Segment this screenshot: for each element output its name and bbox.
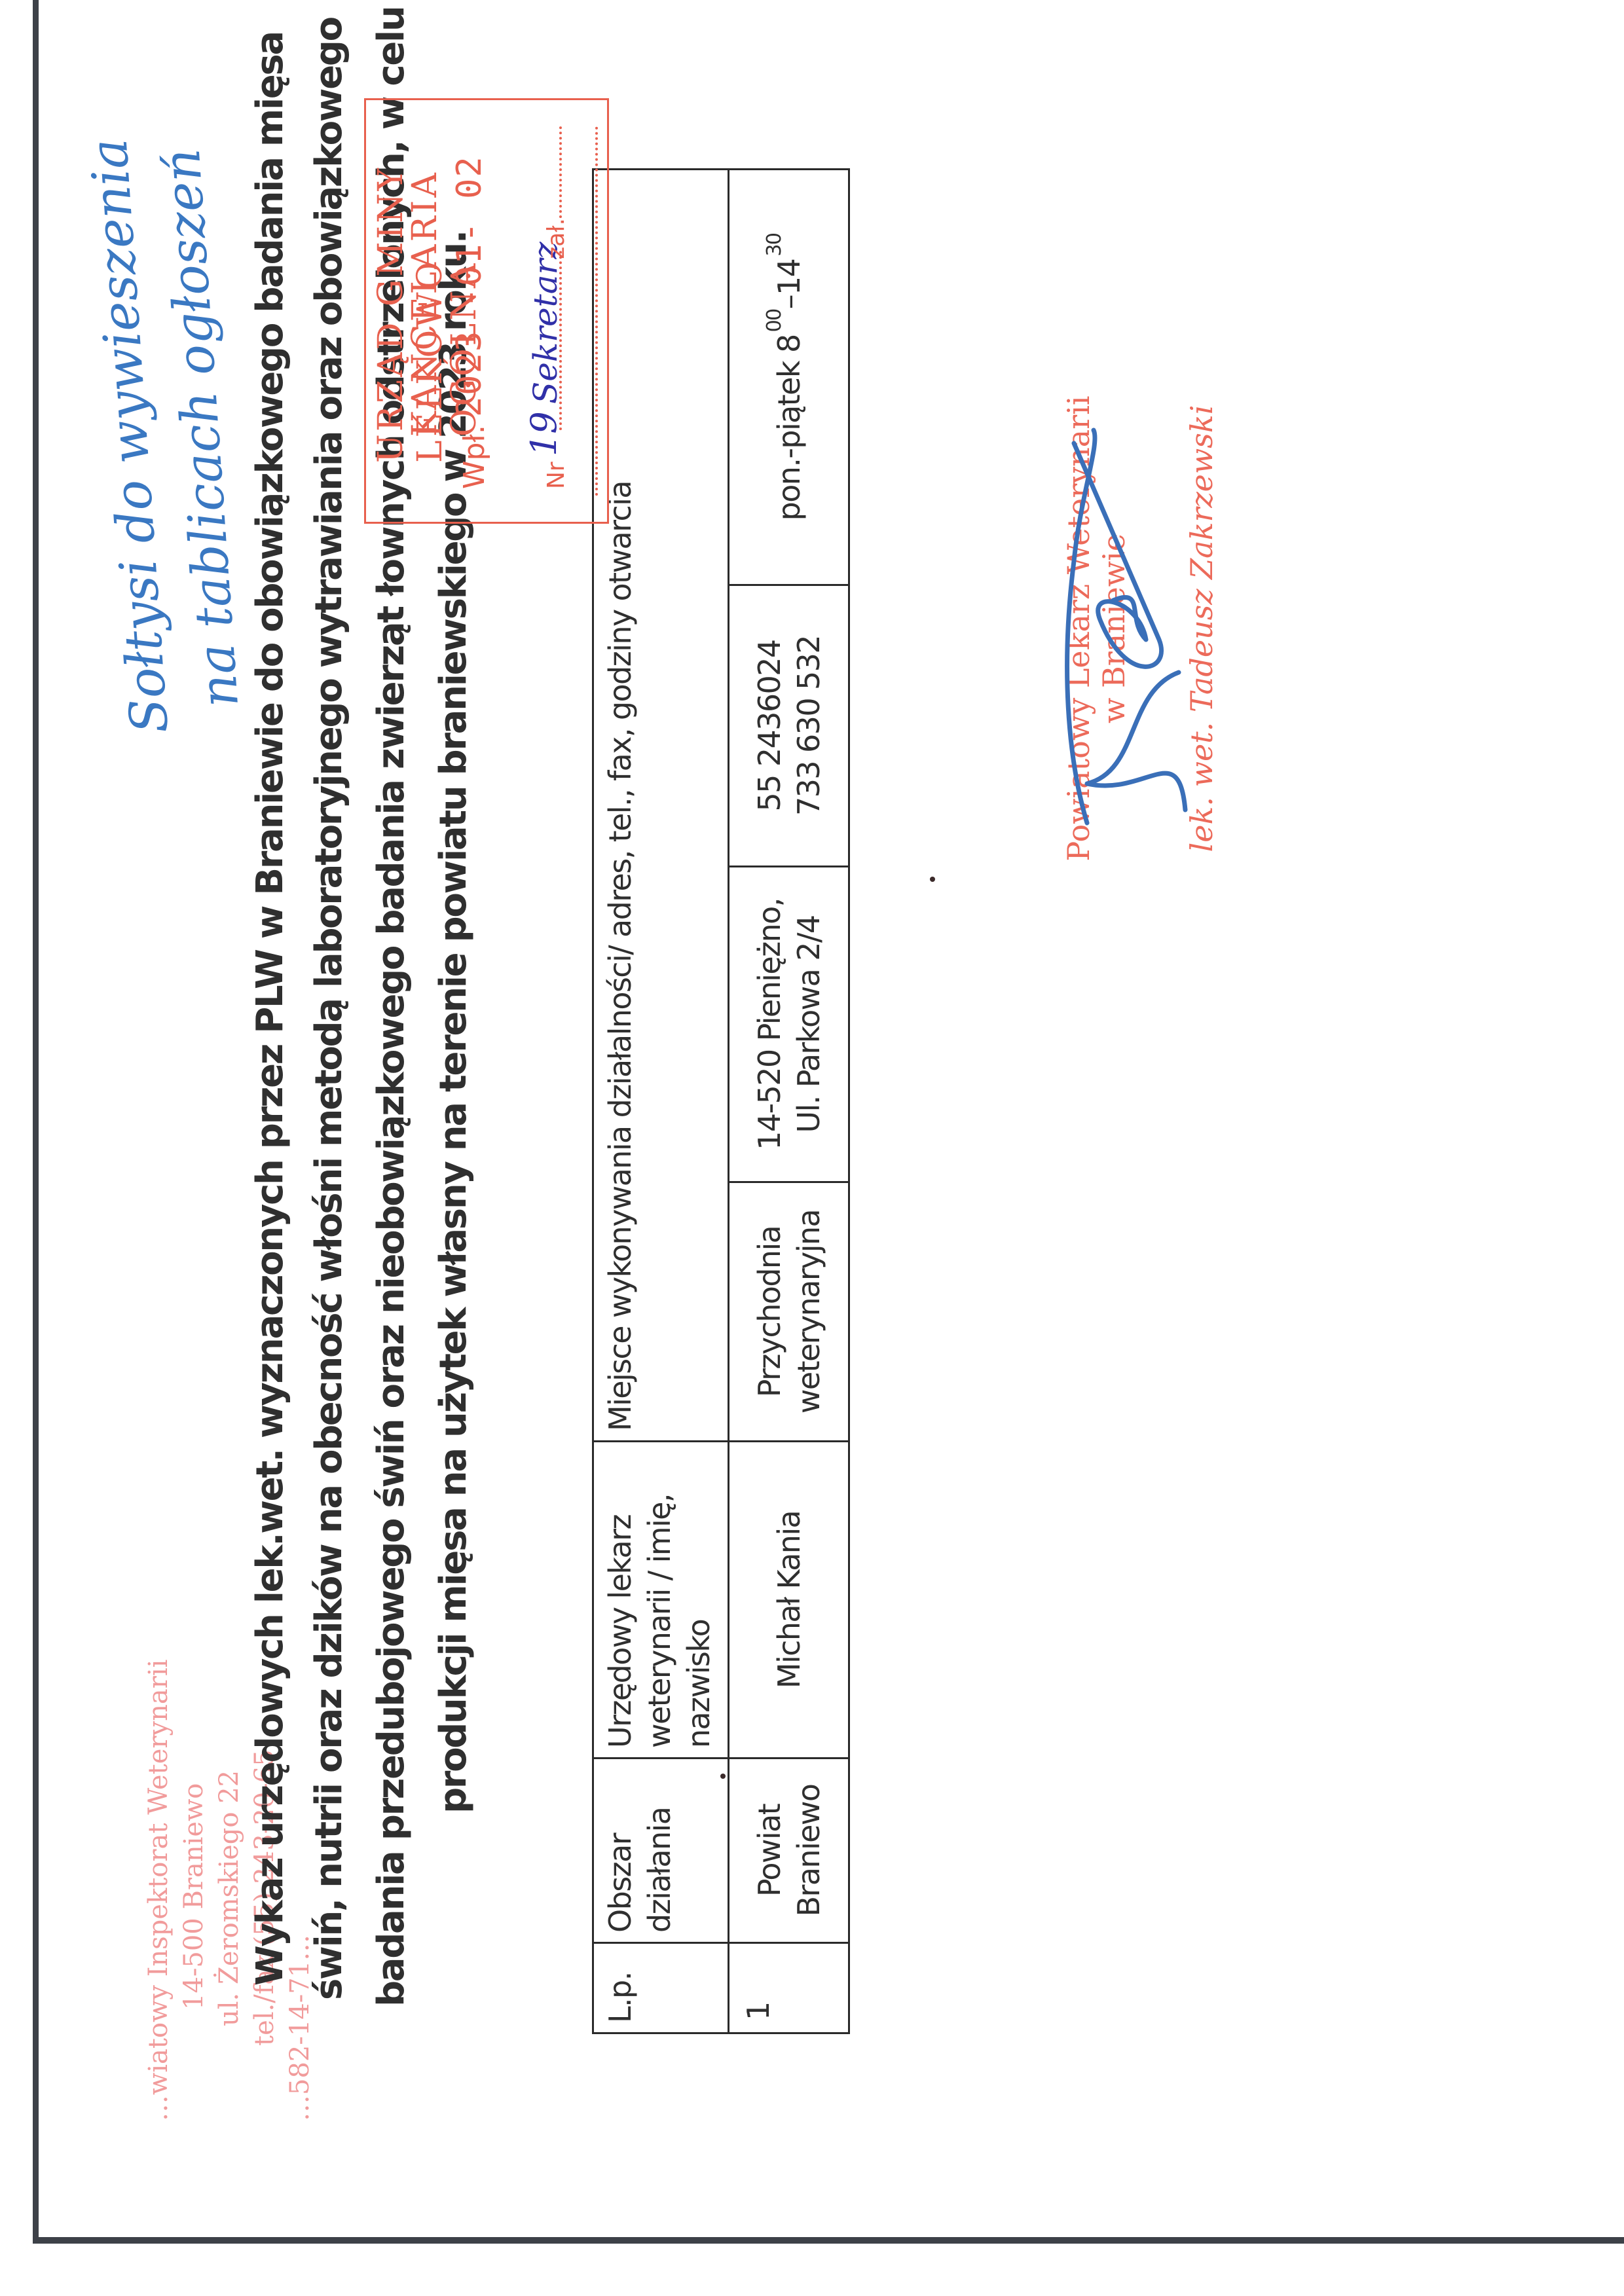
cell-lp: 1 — [729, 1942, 848, 2032]
handwritten-note: Sołtysi do wywieszenia na tablicach ogło… — [115, 92, 311, 733]
registry-stamp: URZĄD GMINY LELKOWO KANCELARIA OGÓLNA Wp… — [364, 98, 609, 524]
scanned-document: …wiatowy Inspektorat Weterynarii 14-500 … — [0, 0, 1624, 2296]
hours-separator: – — [769, 295, 809, 309]
header-cell-area: Obszar działania — [594, 1757, 728, 1942]
cell-place-line: Przychodnia — [750, 1226, 789, 1398]
header-cell-vet: Urzędowy lekarz weterynarii / imię, nazw… — [594, 1440, 728, 1757]
dotted-line — [595, 126, 598, 496]
registry-stamp-signature: Sekretarz — [526, 242, 564, 404]
header-cell-lp: L.p. — [594, 1942, 728, 2032]
dotted-line — [559, 126, 562, 218]
cell-place: Przychodnia weterynaryjna — [729, 1181, 848, 1440]
cell-place-line: weterynaryjna — [789, 1210, 828, 1413]
hours-days: pon.-piątek — [769, 361, 809, 520]
inspectorate-stamp-line: …wiatowy Inspektorat Weterynarii — [141, 1660, 176, 2121]
hours-to: 14 — [769, 259, 809, 295]
cell-address: 14-520 Pieniężno, Ul. Parkowa 2/4 — [729, 866, 848, 1181]
cell-address-line: Ul. Parkowa 2/4 — [789, 915, 828, 1133]
column-divider — [729, 1181, 848, 1183]
cell-vet-name: Michał Kania — [729, 1440, 848, 1757]
registry-stamp-nr-label: Nr — [543, 462, 570, 489]
signature-icon — [1048, 417, 1198, 836]
cell-phone: 733 630 532 — [789, 636, 828, 816]
registry-stamp-nr-value: 19 — [523, 411, 564, 456]
registry-stamp-received-label: Wpł. — [458, 425, 491, 489]
scan-edge-line — [33, 0, 39, 2239]
hours-from: 8 — [769, 335, 809, 353]
vets-table: L.p. Obszar działania Urzędowy lekarz we… — [592, 168, 850, 2034]
hours-to-minutes: 30 — [755, 234, 794, 257]
cell-phone: 55 2436024 — [750, 640, 789, 811]
cell-area-line: Powiat — [750, 1804, 789, 1897]
inspectorate-stamp-line: ul. Żeromskiego 22 — [212, 1660, 247, 2121]
cell-area-line: Braniewo — [789, 1785, 828, 1917]
registry-stamp-date: 2023 -01- 02 — [450, 155, 489, 417]
cell-address-line: 14-520 Pieniężno, — [750, 898, 789, 1150]
cell-hours: pon.-piątek 800 – 1430 — [729, 170, 848, 584]
scan-speck — [930, 877, 935, 882]
registry-stamp-attachments-label: zał. — [543, 218, 570, 259]
scan-edge-line — [33, 2237, 1624, 2244]
cell-area: Powiat Braniewo — [729, 1757, 848, 1942]
header-cell-place: Miejsce wykonywania działalności/ adres,… — [594, 170, 728, 1440]
title-line: świń, nutrii oraz dzików na obecność wło… — [308, 18, 350, 2000]
inspectorate-stamp-line: 14-500 Braniewo — [176, 1660, 212, 2121]
scan-speck — [720, 1774, 726, 1779]
cell-phones: 55 2436024 733 630 532 — [729, 584, 848, 866]
hours-from-minutes: 00 — [755, 309, 794, 332]
